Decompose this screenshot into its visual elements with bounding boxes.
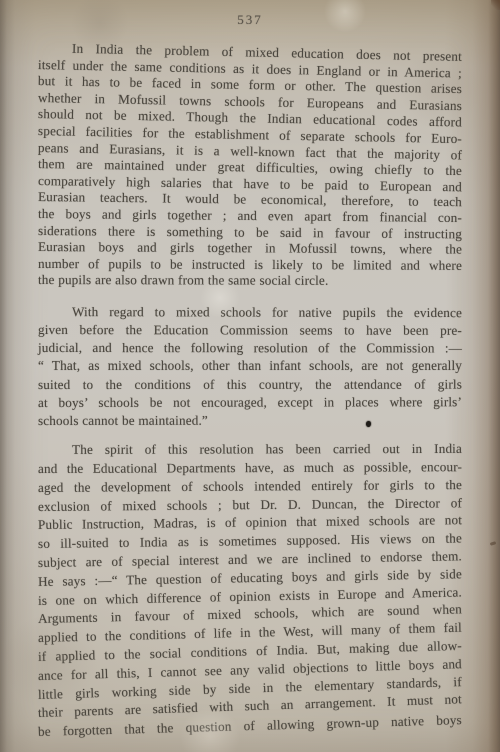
text-line: “ That, as mixed schools, other than inf… xyxy=(38,357,462,375)
text-line: given before the Education Commission se… xyxy=(38,321,462,340)
paragraph-3: The spirit of this resolution has been c… xyxy=(38,441,462,742)
text-line: judicial, and hence the following resolu… xyxy=(38,339,462,358)
page-edge-nick xyxy=(490,541,497,546)
text-line: The spirit of this resolution has been c… xyxy=(38,440,462,460)
paragraph-2: With regard to mixed schools for native … xyxy=(38,303,462,430)
text-line: at boys’ schools be not encouraged, exce… xyxy=(38,393,462,412)
book-page-photo: 537 In India the problem of mixed educat… xyxy=(0,0,500,752)
text-line: schools cannot be maintained.” xyxy=(38,411,462,430)
page-text-block: 537 In India the problem of mixed educat… xyxy=(38,13,462,742)
paragraph-1: In India the problem of mixed education … xyxy=(38,40,462,289)
text-line: the pupils are also drawn from the same … xyxy=(38,272,462,290)
text-line: With regard to mixed schools for native … xyxy=(38,303,462,322)
text-line: suited to the conditions of this country… xyxy=(38,375,462,394)
page-corner-speck xyxy=(491,0,500,10)
page-number: 537 xyxy=(38,13,462,27)
